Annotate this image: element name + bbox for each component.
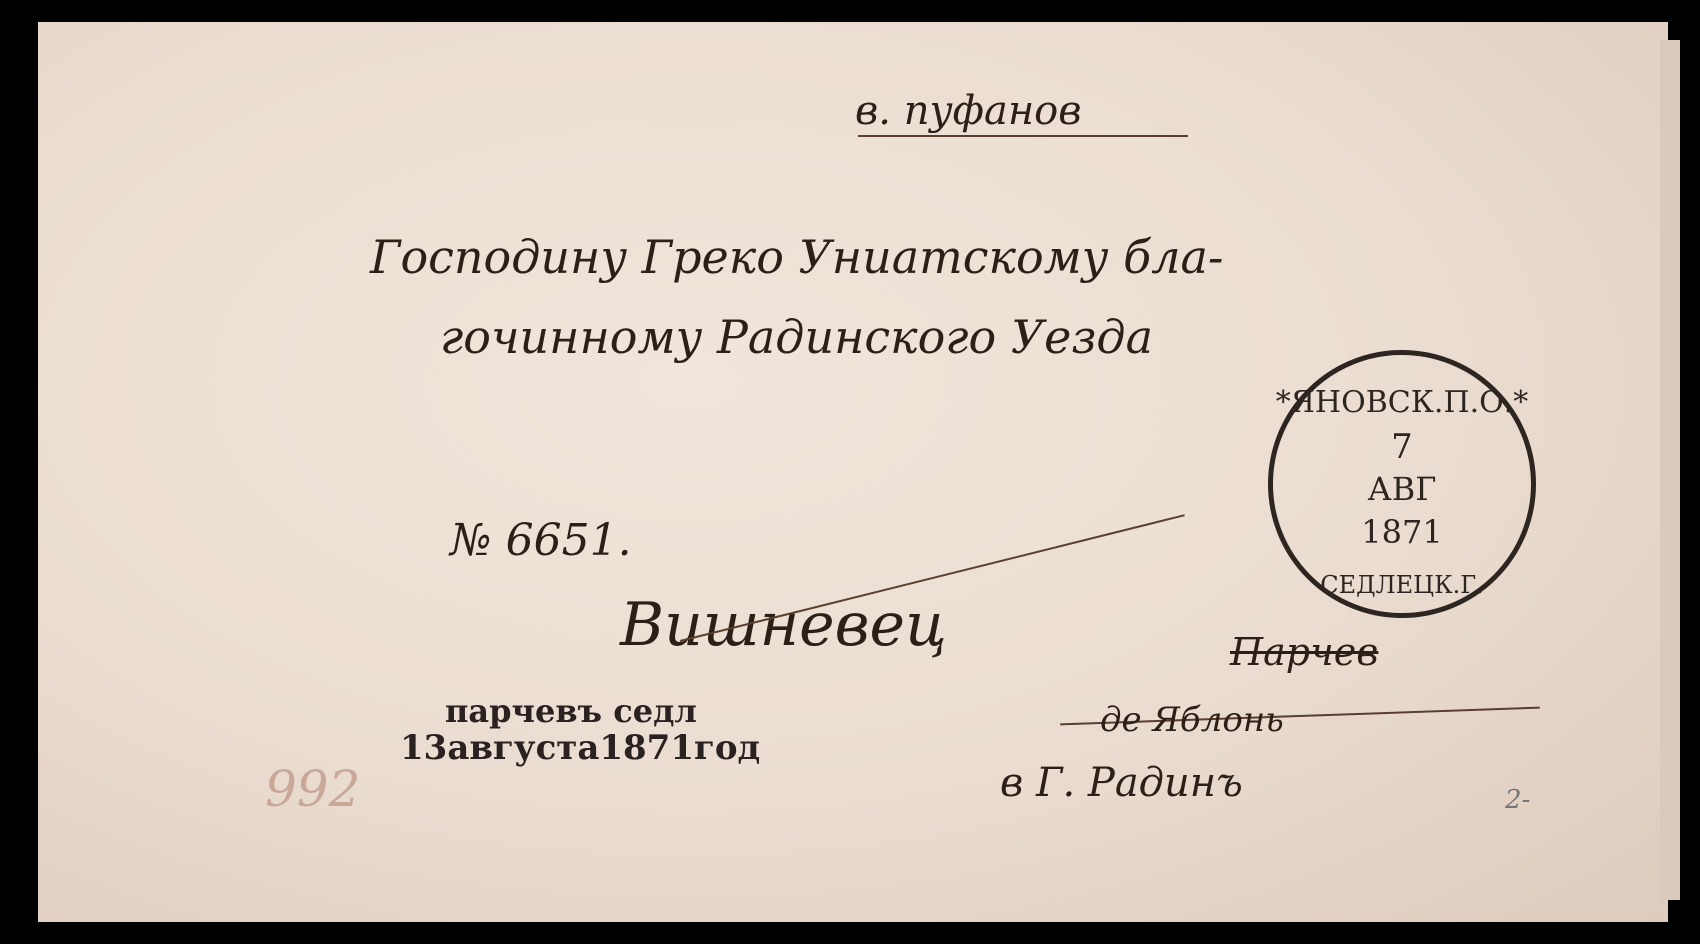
- postmark-month: АВГ: [1273, 470, 1531, 508]
- corner-mark: 2-: [1505, 785, 1530, 815]
- divider: [858, 135, 1188, 137]
- arrival-stamp-line2: 13августа1871год: [400, 728, 760, 768]
- arrival-stamp-line1: парчевъ седл: [445, 692, 697, 730]
- postmark: *ЯНОВСК.П.О.* 7 АВГ 1871 СЕДЛЕЦК.Г.: [1268, 350, 1536, 618]
- letter-number: № 6651.: [450, 515, 632, 566]
- envelope-fold: [1660, 40, 1680, 900]
- signature: Вишневец: [620, 590, 947, 660]
- header-note: в. пуфанов: [855, 88, 1082, 134]
- postmark-day: 7: [1273, 427, 1531, 467]
- postmark-bottom-text: СЕДЛЕЦК.Г.: [1273, 571, 1531, 599]
- faint-mark: 992: [265, 760, 360, 818]
- address-line-1: Господину Греко Униатскому бла-: [370, 230, 1223, 284]
- postmark-top-text: *ЯНОВСК.П.О.*: [1273, 385, 1531, 420]
- postmark-year: 1871: [1273, 513, 1531, 551]
- redirect-destination: в Г. Радинъ: [1000, 760, 1243, 806]
- address-line-2: гочинному Радинского Уезда: [440, 310, 1153, 364]
- redirect-note: де Яблонь: [1100, 700, 1284, 740]
- redirect-struck: Парчев: [1230, 630, 1378, 674]
